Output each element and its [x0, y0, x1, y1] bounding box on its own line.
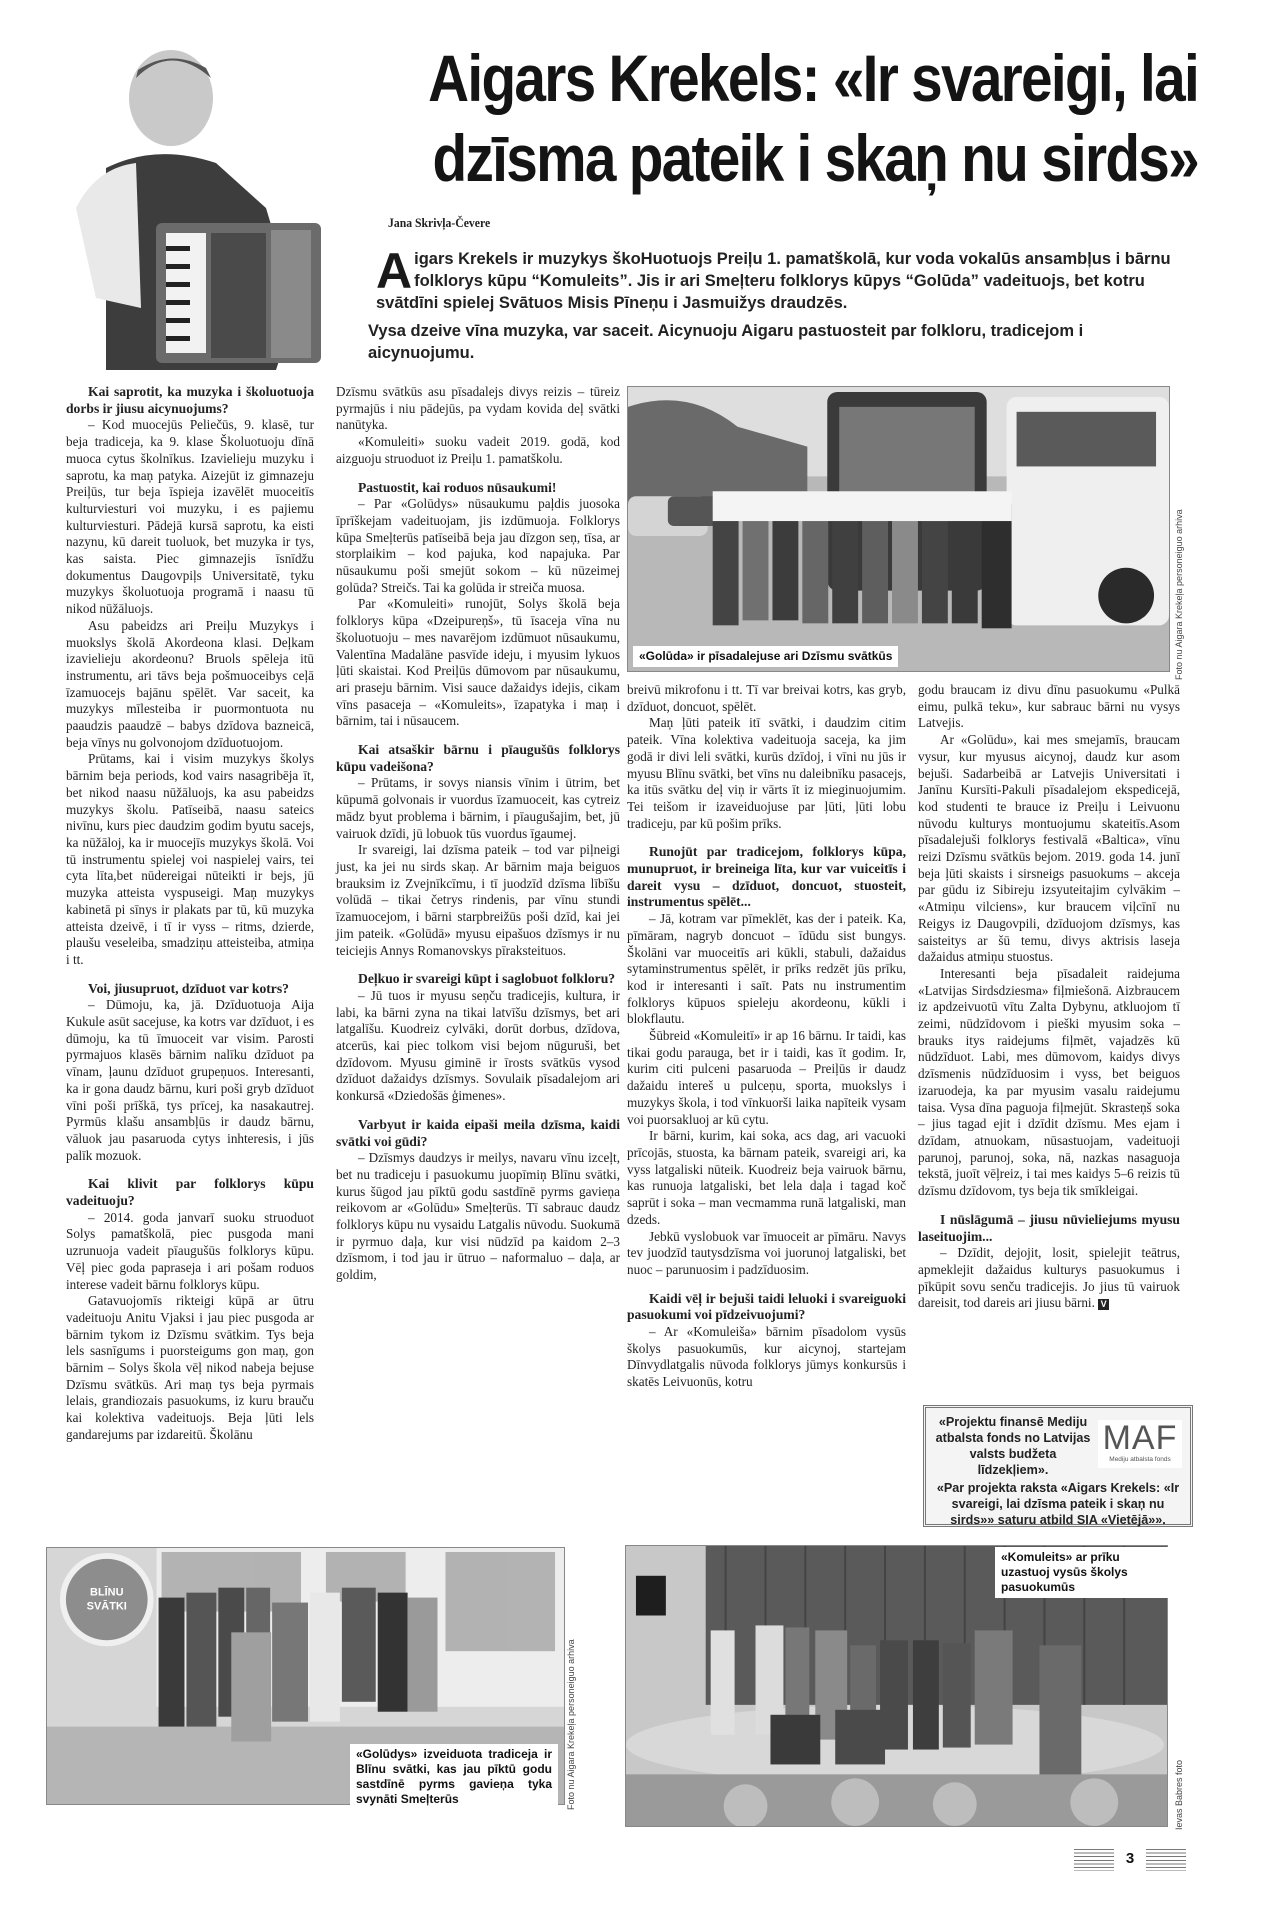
question-heading: Pastuostit, kai roduos nūsaukumi!: [336, 480, 620, 497]
article-headline: Aigars Krekels: «Ir svareigi, lai dzīsma…: [398, 38, 1198, 198]
body-column-4: godu braucam iz divu dīnu pasuokumu «Pul…: [918, 682, 1180, 1312]
body-paragraph: – Jā, kotram var pīmeklēt, kas der i pat…: [627, 911, 906, 1028]
body-column-1: Kai saprotit, ka muzyka i školuotuoja do…: [66, 384, 314, 1444]
caption-goluda: «Golūda» ir pīsadalejuse ari Dzīsmu svāt…: [633, 646, 898, 667]
funding-text: «Projektu finansē Mediju atbalsta fonds …: [934, 1414, 1092, 1478]
article-lead: Aigars Krekels ir muzykys škoHuotuojs Pr…: [376, 248, 1176, 370]
body-paragraph: Maņ ļūti pateik itī svātki, i daudzim ci…: [627, 715, 906, 832]
body-paragraph: – Kod muocejūs Peliečūs, 9. klasē, tur b…: [66, 417, 314, 617]
photo-credit-top: Foto nu Aigara Krekeļa personeiguo arhiv…: [1174, 520, 1184, 680]
body-paragraph: breivū mikrofonu i tt. Tī var breivai ko…: [627, 682, 906, 715]
author-byline: Jana Skrivļa-Čevere: [388, 215, 490, 231]
lead-paragraph-1: Aigars Krekels ir muzykys škoHuotuojs Pr…: [376, 248, 1176, 314]
question-heading: Deļkuo ir svareigi kūpt i saglobuot folk…: [336, 971, 620, 988]
photo-credit-bottom-left: Foto nu Aigara Krekeļa personeiguo arhiv…: [566, 1650, 576, 1810]
body-paragraph: – Jū tuos ir myusu seņču tradicejis, kul…: [336, 988, 620, 1105]
question-heading: Kaidi vēļ ir bejuši taidi leluoki i svar…: [627, 1291, 906, 1324]
lead-paragraph-2: Vysa dzeive vīna muzyka, var saceit. Aic…: [368, 320, 1176, 364]
body-paragraph: Jebkū vyslobuok var īmuoceit ar pīmāru. …: [627, 1229, 906, 1279]
body-paragraph: Ar «Golūdu», kai mes smejamīs, braucam v…: [918, 732, 1180, 966]
svg-text:BLĪNU: BLĪNU: [90, 1587, 124, 1599]
page-number: 3: [1074, 1849, 1186, 1871]
body-paragraph: Par «Komuleiti» runojūt, Solys školā bej…: [336, 596, 620, 730]
body-paragraph: – Dzīdit, dejojit, losit, spielejit teāt…: [918, 1245, 1180, 1312]
question-heading: Voi, jiusupruot, dzīduot var kotrs?: [66, 981, 314, 998]
end-of-article-mark-icon: V: [1098, 1299, 1109, 1310]
headline-line-2: dzīsma pateik i skaņ nu sirds»: [398, 118, 1198, 198]
body-paragraph: – Par «Golūdys» nūsaukumu paļdis juosoka…: [336, 496, 620, 596]
maf-logo-subtitle: Mediju atbalsta fonds: [1098, 1456, 1182, 1464]
body-paragraph: – Dūmoju, ka, jā. Dzīduotuoja Aija Kukul…: [66, 997, 314, 1164]
body-paragraph: – Prūtams, ir sovys niansis vīnim i ūtri…: [336, 775, 620, 842]
question-heading: Kai klivit par folklorys kūpu vadeituoju…: [66, 1176, 314, 1209]
page-number-rule-left: [1074, 1849, 1114, 1871]
question-heading: Varbyut ir kaida eipaši meila dzīsma, ka…: [336, 1117, 620, 1150]
question-heading: Kai atsaškir bārnu i pīaugušūs folklorys…: [336, 742, 620, 775]
funding-notice-box: «Projektu finansē Mediju atbalsta fonds …: [923, 1405, 1193, 1527]
body-paragraph: godu braucam iz divu dīnu pasuokumu «Pul…: [918, 682, 1180, 732]
caption-komuleits: «Komuleits» ar prīku uzastuoj vysūs škol…: [995, 1547, 1170, 1598]
body-paragraph: – 2014. goda janvarī suoku struoduot Sol…: [66, 1210, 314, 1294]
question-heading: I nūslāgumā – jiusu nūvieliejums myusu l…: [918, 1212, 1180, 1245]
body-paragraph: Šūbreid «Komuleitī» ir ap 16 bārnu. Ir t…: [627, 1028, 906, 1128]
body-paragraph: Gatavuojomīs rikteigi kūpā ar ūtru vadei…: [66, 1293, 314, 1443]
maf-logo: MAF Mediju atbalsta fonds: [1098, 1420, 1182, 1468]
drop-cap: A: [376, 250, 412, 292]
body-paragraph: Asu pabeidzs ari Preiļu Muzykys i muoksl…: [66, 618, 314, 752]
portrait-photo-accordionist: [46, 48, 346, 370]
svg-text:SVĀTKI: SVĀTKI: [87, 1601, 127, 1613]
photo-goluda-group-bus: [627, 386, 1170, 672]
body-paragraph: «Komuleiti» suoku vadeit 2019. godā, kod…: [336, 434, 620, 467]
maf-logo-mark: MAF: [1098, 1420, 1182, 1456]
headline-line-1: Aigars Krekels: «Ir svareigi, lai: [398, 38, 1198, 118]
page-number-value: 3: [1114, 1850, 1146, 1867]
body-paragraph: Dzīsmu svātkūs asu pīsadalejs divys reiz…: [336, 384, 620, 434]
body-paragraph: Interesanti beja pīsadaleit raidejuma «L…: [918, 966, 1180, 1200]
question-heading: Runojūt par tradicejom, folklorys kūpa, …: [627, 844, 906, 911]
responsibility-text: «Par projekta raksta «Aigars Krekels: «I…: [934, 1478, 1182, 1528]
body-paragraph: – Ar «Komuleiša» bārnim pīsadolom vysūs …: [627, 1324, 906, 1391]
photo-credit-bottom-right: Ievas Babres foto: [1174, 1760, 1184, 1830]
page-number-rule-right: [1146, 1849, 1186, 1871]
body-paragraph: Ir svareigi, lai dzīsma pateik – tod var…: [336, 842, 620, 959]
body-paragraph: – Dzīsmys daudzys ir meilys, navaru vīnu…: [336, 1150, 620, 1284]
body-paragraph: Ir bārni, kurim, kai soka, acs dag, ari …: [627, 1128, 906, 1228]
caption-blinu-svatki: «Golūdys» izveiduota tradiceja ir Blīnu …: [350, 1744, 558, 1810]
body-column-2: Dzīsmu svātkūs asu pīsadalejs divys reiz…: [336, 384, 620, 1284]
body-paragraph: Prūtams, kai i visim muzykys školys bārn…: [66, 751, 314, 968]
question-heading: Kai saprotit, ka muzyka i školuotuoja do…: [66, 384, 314, 417]
body-column-3: breivū mikrofonu i tt. Tī var breivai ko…: [627, 682, 906, 1391]
